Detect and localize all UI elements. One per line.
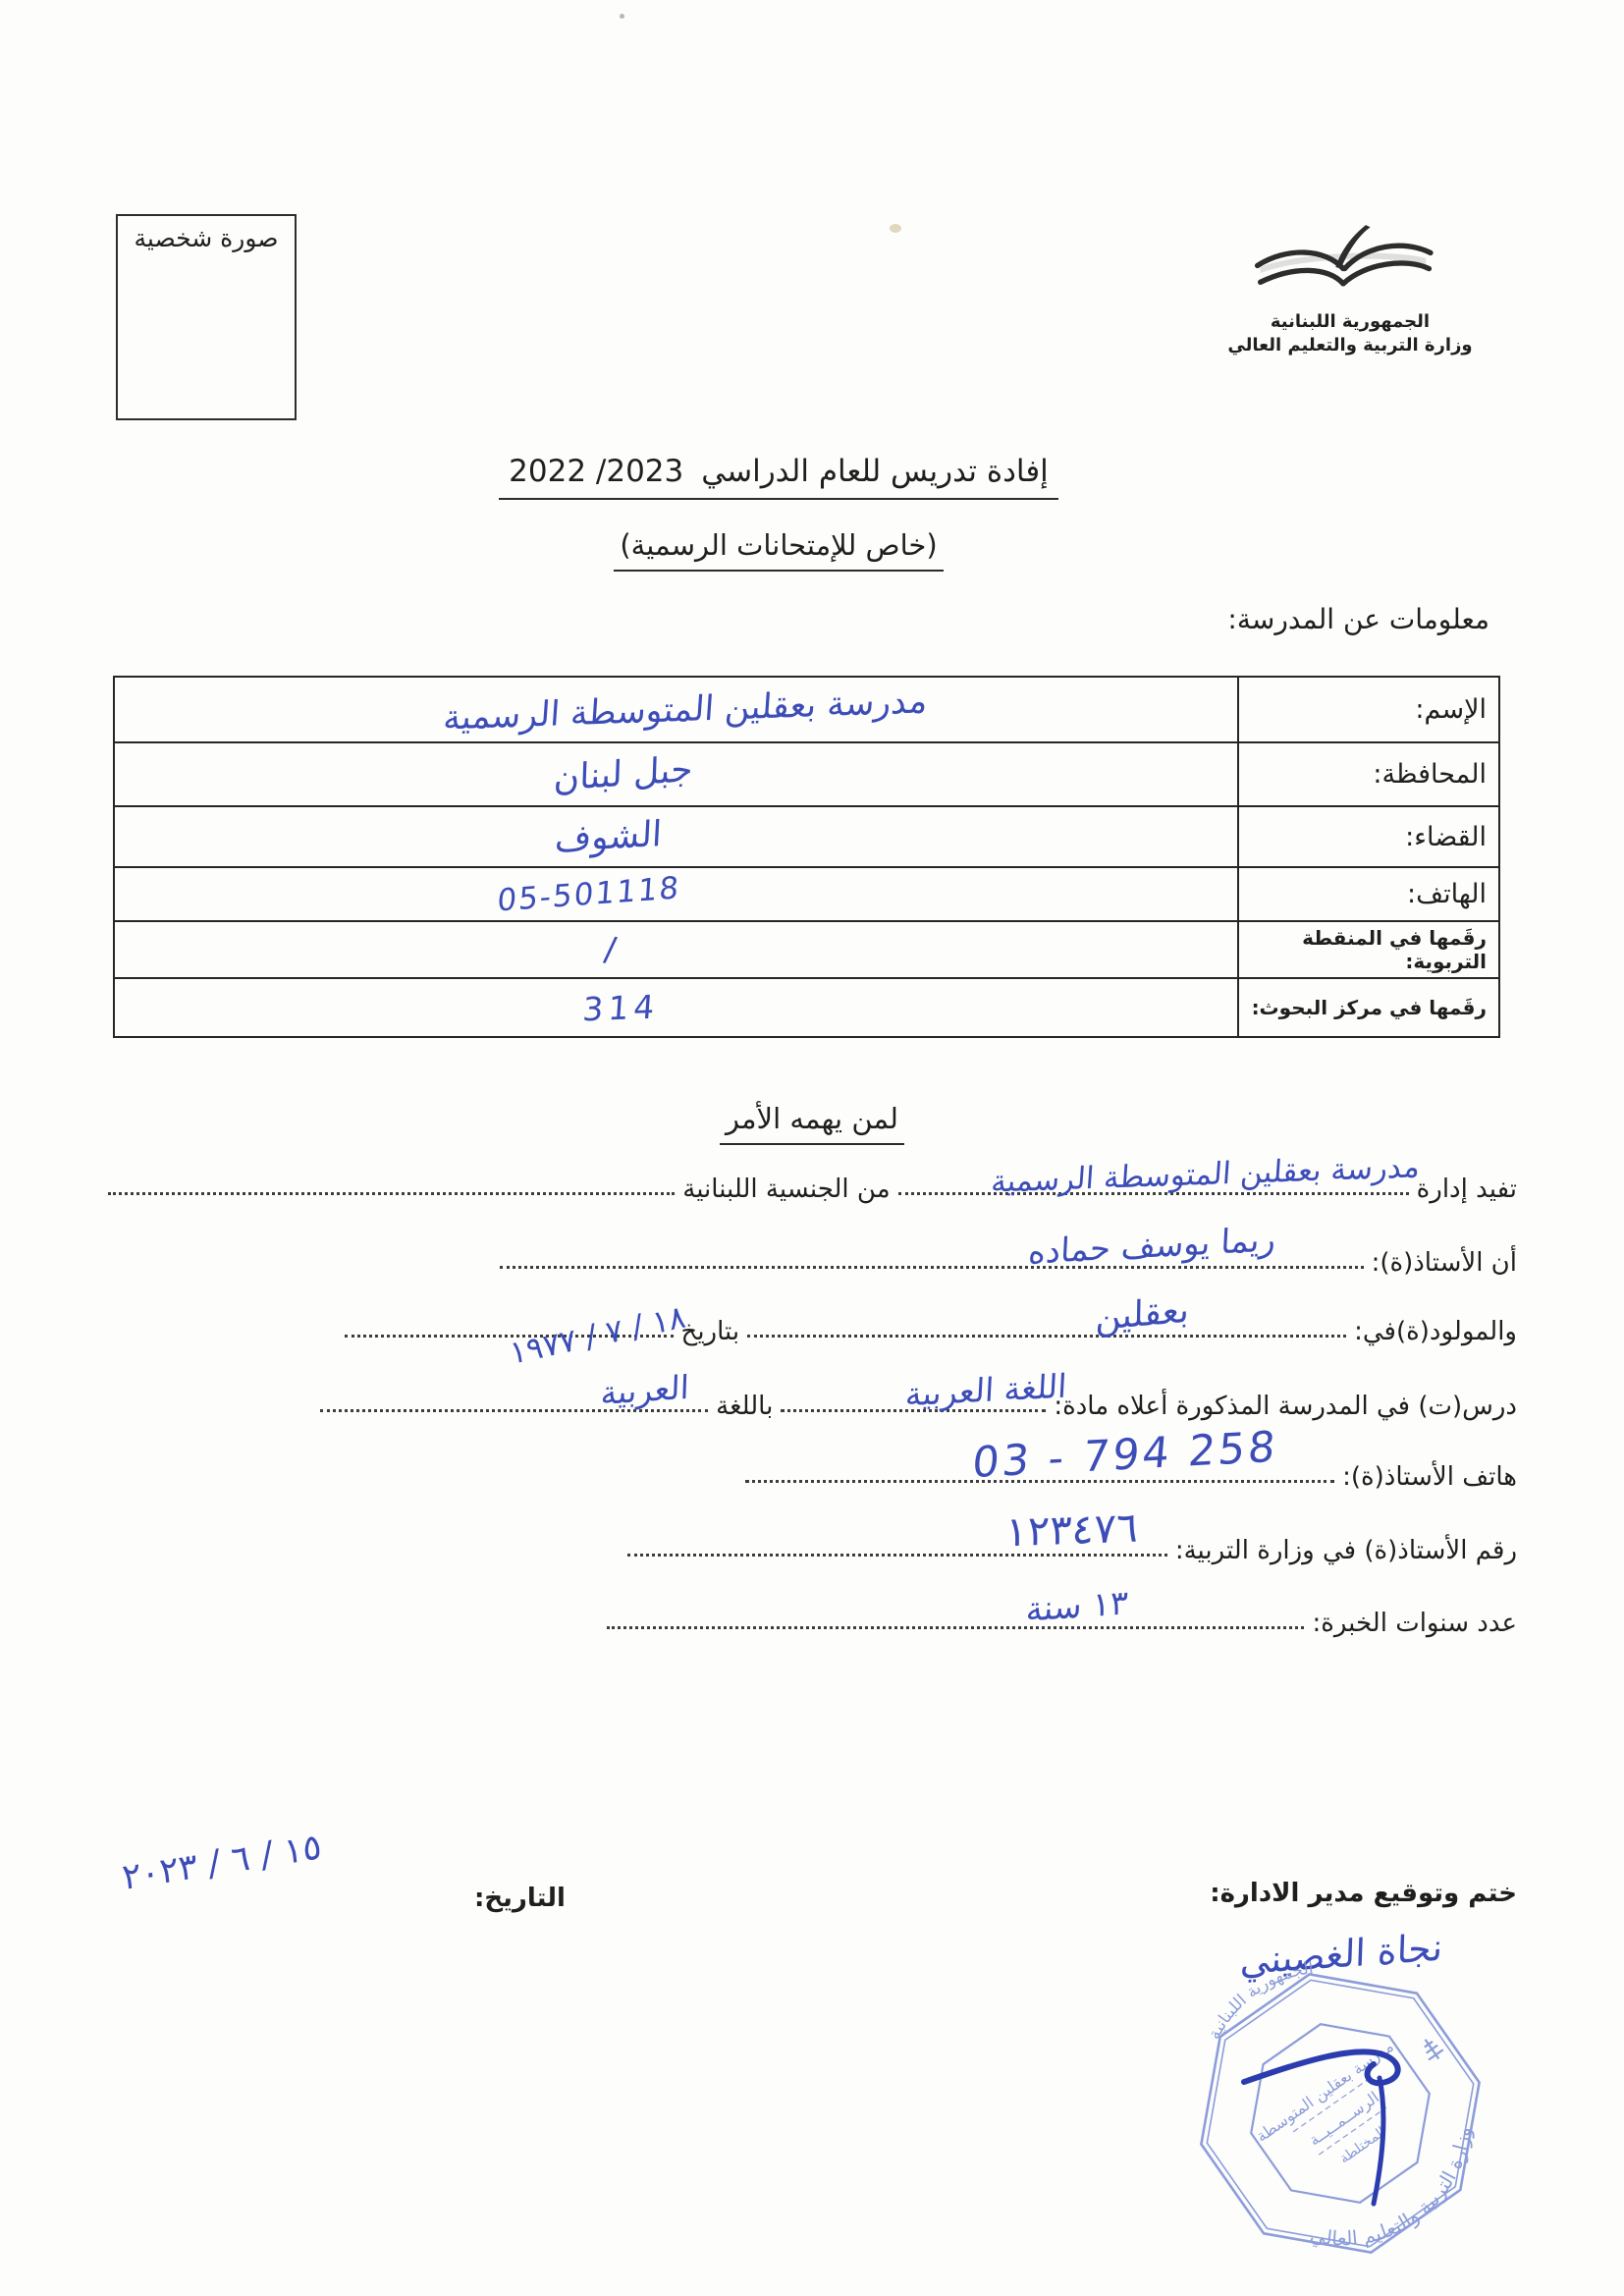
dotted-field: مدرسة بعقلين المتوسطة الرسمية [898, 1191, 1409, 1195]
scanned-form-page: صورة شخصية الجمهورية اللبنانية وزارة الت… [0, 0, 1624, 2296]
line4-between: باللغة [716, 1392, 773, 1421]
ministry-logo-text: الجمهورية اللبنانية وزارة التربية والتعل… [1183, 310, 1517, 357]
line4-label: درس(ت) في المدرسة المذكورة أعلاه مادة: [1054, 1392, 1517, 1421]
row-label: القضاء: [1237, 807, 1498, 866]
dotted-field: ١٣ سنة [607, 1625, 1304, 1629]
dotted-field: العربية [320, 1408, 708, 1412]
table-row: رقَمها في المنقطة التربوية: / [115, 922, 1498, 979]
teacher-name-handwriting: ريما يوسف حماده [1028, 1220, 1277, 1272]
stamp-signature-label: ختم وتوقيع مدير الادارة: [1210, 1879, 1517, 1908]
document-title: إفادة تدريس للعام الدراسي 2022 /2023 [499, 454, 1058, 500]
ministry-name: وزارة التربية والتعليم العالي [1183, 334, 1517, 357]
table-row: القضاء: الشوف [115, 807, 1498, 868]
row-value: جبل لبنان [115, 743, 1237, 805]
line7-label: عدد سنوات الخبرة: [1312, 1609, 1517, 1638]
governorate-handwriting: جبل لبنان [553, 749, 693, 799]
teacher-phone-handwriting: 03 - 794 258 [970, 1423, 1279, 1489]
letter-line-1: تفيد إدارة مدرسة بعقلين المتوسطة الرسمية… [108, 1175, 1517, 1204]
photo-placeholder-label: صورة شخصية [135, 224, 279, 252]
dotted-field [108, 1191, 675, 1195]
document-title-wrap: إفادة تدريس للعام الدراسي 2022 /2023 [0, 454, 1557, 500]
row-value: 314 [115, 979, 1237, 1036]
letter-heading: لمن يهمه الأمر [720, 1102, 904, 1145]
school-name-handwriting: مدرسة بعقلين المتوسطة الرسمية [442, 682, 929, 738]
ministry-number-handwriting: ١٢٣٤٧٦ [1005, 1503, 1140, 1557]
line3-label: والمولود(ة)في: [1354, 1317, 1517, 1346]
birthdate-handwriting: ١٨ / ٧ / ١٩٧٧ [508, 1297, 688, 1372]
line5-label: هاتف الأستاذ(ة): [1342, 1462, 1517, 1492]
birthplace-handwriting: بعقلين [1096, 1290, 1190, 1339]
row-label: رقَمها في المنقطة التربوية: [1237, 922, 1498, 977]
dotted-field: 03 - 794 258 [745, 1479, 1334, 1483]
scan-speck [890, 224, 901, 233]
republic-name: الجمهورية اللبنانية [1183, 310, 1517, 334]
school-info-table: الإسم: مدرسة بعقلين المتوسطة الرسمية الم… [113, 676, 1500, 1038]
photo-placeholder-box: صورة شخصية [116, 214, 297, 420]
date-handwriting: ١٥ / ٦ / ٢٠٢٣ [121, 1827, 323, 1898]
document-subtitle: (خاص للإمتحانات الرسمية) [614, 528, 943, 572]
row-label: المحافظة: [1237, 743, 1498, 805]
subject-handwriting: اللغة العربية [904, 1367, 1067, 1414]
line1-suffix: من الجنسية اللبنانية [682, 1175, 890, 1204]
school-phone-handwriting: 05-501118 [496, 870, 681, 918]
letter-line-3: والمولود(ة)في: بعقلين بتاريخ ١٨ / ٧ / ١٩… [108, 1317, 1517, 1346]
letter-line-2: أن الأستاذ(ة): ريما يوسف حماده [108, 1248, 1517, 1278]
dotted-field: اللغة العربية [781, 1408, 1046, 1412]
row-label: الهاتف: [1237, 868, 1498, 920]
dotted-field: بعقلين [747, 1334, 1346, 1338]
letter-heading-wrap: لمن يهمه الأمر [0, 1102, 1624, 1145]
row-value: 05-501118 [115, 868, 1237, 920]
director-signature-strokes [1232, 2021, 1458, 2213]
ministry-logo-book-icon [1216, 222, 1471, 312]
row-label: الإسم: [1237, 678, 1498, 741]
scan-speck [620, 14, 624, 19]
research-number-handwriting: 314 [581, 987, 661, 1028]
language-handwriting: العربية [600, 1368, 689, 1412]
row-label: رقَمها في مركز البحوث: [1237, 979, 1498, 1036]
row-value: مدرسة بعقلين المتوسطة الرسمية [115, 678, 1237, 741]
school-name-handwriting: مدرسة بعقلين المتوسطة الرسمية [990, 1149, 1421, 1199]
dotted-field: ١٨ / ٧ / ١٩٧٧ [345, 1334, 674, 1338]
table-row: الإسم: مدرسة بعقلين المتوسطة الرسمية [115, 678, 1498, 743]
letter-line-5: هاتف الأستاذ(ة): 03 - 794 258 [108, 1462, 1517, 1492]
line2-label: أن الأستاذ(ة): [1372, 1248, 1517, 1278]
table-row: المحافظة: جبل لبنان [115, 743, 1498, 807]
title-text: إفادة تدريس للعام الدراسي [701, 454, 1049, 489]
letter-line-6: رقم الأستاذ(ة) في وزارة التربية: ١٢٣٤٧٦ [108, 1536, 1517, 1565]
experience-years-handwriting: ١٣ سنة [1025, 1583, 1128, 1629]
line6-label: رقم الأستاذ(ة) في وزارة التربية: [1175, 1536, 1517, 1565]
document-subtitle-wrap: (خاص للإمتحانات الرسمية) [0, 528, 1557, 572]
date-label: التاريخ: [474, 1884, 566, 1913]
dotted-field: ريما يوسف حماده [500, 1265, 1364, 1269]
school-year: 2022 /2023 [509, 454, 683, 489]
table-row: رقَمها في مركز البحوث: 314 [115, 979, 1498, 1036]
region-number-handwriting: / [602, 930, 619, 970]
letter-line-7: عدد سنوات الخبرة: ١٣ سنة [108, 1609, 1517, 1638]
table-row: الهاتف: 05-501118 [115, 868, 1498, 922]
school-info-heading: معلومات عن المدرسة: [1227, 603, 1489, 635]
line3-between: بتاريخ [681, 1317, 740, 1346]
dotted-field: ١٢٣٤٧٦ [627, 1553, 1167, 1557]
district-handwriting: الشوف [554, 813, 663, 859]
row-value: الشوف [115, 807, 1237, 866]
line1-prefix: تفيد إدارة [1417, 1175, 1517, 1204]
row-value: / [115, 922, 1237, 977]
letter-line-4: درس(ت) في المدرسة المذكورة أعلاه مادة: ا… [108, 1392, 1517, 1421]
